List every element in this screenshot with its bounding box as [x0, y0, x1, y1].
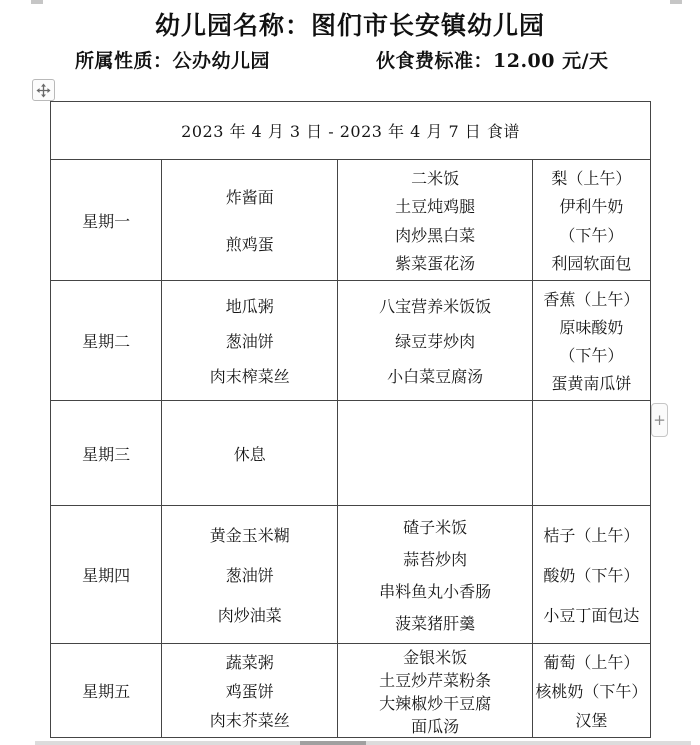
menu-item: （下午） [559, 343, 623, 366]
menu-item: 休息 [234, 442, 266, 465]
menu-item: 桔子（上午） [543, 523, 639, 546]
menu-item: 肉末芥菜丝 [210, 708, 290, 731]
horizontal-scrollbar-thumb[interactable] [300, 741, 366, 745]
menu-item: 土豆炒芹菜粉条 [379, 668, 491, 691]
menu-item: 葱油饼 [226, 329, 274, 352]
menu-item: 核桃奶（下午） [535, 679, 647, 702]
day-label: 星期五 [51, 679, 161, 702]
table-caption: 2023 年 4 月 3 日 - 2023 年 4 月 7 日 食谱 [181, 122, 520, 141]
menu-item: 炸酱面 [226, 185, 274, 208]
day-label: 星期三 [51, 442, 161, 465]
menu-item: 葱油饼 [226, 563, 274, 586]
menu-item: 鸡蛋饼 [226, 679, 274, 702]
day-cell[interactable]: 星期五 [51, 644, 162, 738]
meal-cell[interactable]: 蔬菜粥鸡蛋饼肉末芥菜丝 [162, 644, 338, 738]
menu-item: 蛋黄南瓜饼 [551, 371, 631, 394]
menu-item: 金银米饭 [403, 645, 467, 668]
meal-cell[interactable]: 碴子米饭蒜苔炒肉串料鱼丸小香肠菠菜猪肝羹 [338, 506, 532, 644]
day-label: 星期二 [51, 329, 161, 352]
meal-cell[interactable]: 梨（上午）伊利牛奶（下午）利园软面包 [532, 160, 650, 281]
menu-item: 蔬菜粥 [226, 650, 274, 673]
meal-cell[interactable] [338, 401, 532, 506]
menu-item: 肉末榨菜丝 [210, 364, 290, 387]
menu-item: 二米饭 [411, 166, 459, 189]
expand-button[interactable]: + [651, 403, 668, 437]
menu-table-body: 2023 年 4 月 3 日 - 2023 年 4 月 7 日 食谱 星期一炸酱… [51, 102, 651, 738]
table-row: 星期二地瓜粥葱油饼肉末榨菜丝八宝营养米饭饭绿豆芽炒肉小白菜豆腐汤香蕉（上午）原味… [51, 281, 651, 401]
menu-item: 碴子米饭 [403, 515, 467, 538]
fee-standard-text: 伙食费标准：12.00 元/天 [376, 46, 609, 73]
menu-item: 紫菜蛋花汤 [395, 251, 475, 274]
menu-item: 黄金玉米糊 [210, 523, 290, 546]
menu-item: 串料鱼丸小香肠 [379, 579, 491, 602]
table-row: 星期三休息 [51, 401, 651, 506]
menu-item: 面瓜汤 [411, 714, 459, 737]
menu-item: 酸奶（下午） [543, 563, 639, 586]
menu-item: 原味酸奶 [559, 315, 623, 338]
menu-item: 大辣椒炒干豆腐 [379, 691, 491, 714]
menu-item: 小豆丁面包达 [543, 603, 639, 626]
menu-item: 菠菜猪肝羹 [395, 611, 475, 634]
meal-cell[interactable]: 金银米饭土豆炒芹菜粉条大辣椒炒干豆腐面瓜汤 [338, 644, 532, 738]
meal-cell[interactable]: 黄金玉米糊葱油饼肉炒油菜 [162, 506, 338, 644]
menu-item: 肉炒黑白菜 [395, 223, 475, 246]
menu-item: 土豆炖鸡腿 [395, 194, 475, 217]
page-edge-marker [670, 0, 682, 4]
meal-cell[interactable]: 二米饭土豆炖鸡腿肉炒黑白菜紫菜蛋花汤 [338, 160, 532, 281]
table-caption-cell[interactable]: 2023 年 4 月 3 日 - 2023 年 4 月 7 日 食谱 [51, 102, 651, 160]
meal-cell[interactable]: 香蕉（上午）原味酸奶（下午）蛋黄南瓜饼 [532, 281, 650, 401]
day-label: 星期四 [51, 563, 161, 586]
meal-cell[interactable]: 桔子（上午）酸奶（下午）小豆丁面包达 [532, 506, 650, 644]
page-title: 幼儿园名称：图们市长安镇幼儿园 [0, 6, 700, 42]
day-cell[interactable]: 星期三 [51, 401, 162, 506]
menu-table: 2023 年 4 月 3 日 - 2023 年 4 月 7 日 食谱 星期一炸酱… [50, 101, 651, 738]
table-move-handle[interactable] [32, 79, 55, 101]
day-cell[interactable]: 星期四 [51, 506, 162, 644]
menu-item: 蒜苔炒肉 [403, 547, 467, 570]
menu-item: 伊利牛奶 [559, 194, 623, 217]
four-way-arrow-icon [36, 83, 51, 98]
document-page: { "header": { "title": "幼儿园名称：图们市长安镇幼儿园"… [0, 0, 700, 745]
menu-item: 汉堡 [575, 708, 607, 731]
meal-cell[interactable]: 地瓜粥葱油饼肉末榨菜丝 [162, 281, 338, 401]
menu-item: 煎鸡蛋 [226, 232, 274, 255]
menu-item: 地瓜粥 [226, 294, 274, 317]
meal-cell[interactable]: 八宝营养米饭饭绿豆芽炒肉小白菜豆腐汤 [338, 281, 532, 401]
menu-item: 利园软面包 [551, 251, 631, 274]
table-row: 星期四黄金玉米糊葱油饼肉炒油菜碴子米饭蒜苔炒肉串料鱼丸小香肠菠菜猪肝羹桔子（上午… [51, 506, 651, 644]
menu-item: 香蕉（上午） [543, 287, 639, 310]
menu-item: 八宝营养米饭饭 [379, 294, 491, 317]
ownership-text: 所属性质：公办幼儿园 [75, 46, 270, 73]
menu-item: 葡萄（上午） [543, 650, 639, 673]
menu-item: 绿豆芽炒肉 [395, 329, 475, 352]
meal-cell[interactable]: 休息 [162, 401, 338, 506]
meal-cell[interactable]: 炸酱面煎鸡蛋 [162, 160, 338, 281]
page-edge-marker [31, 0, 43, 4]
table-row: 星期一炸酱面煎鸡蛋二米饭土豆炖鸡腿肉炒黑白菜紫菜蛋花汤梨（上午）伊利牛奶（下午）… [51, 160, 651, 281]
menu-item: 小白菜豆腐汤 [387, 364, 483, 387]
table-row: 星期五蔬菜粥鸡蛋饼肉末芥菜丝金银米饭土豆炒芹菜粉条大辣椒炒干豆腐面瓜汤葡萄（上午… [51, 644, 651, 738]
day-label: 星期一 [51, 209, 161, 232]
menu-item: （下午） [559, 223, 623, 246]
meal-cell[interactable] [532, 401, 650, 506]
meal-cell[interactable]: 葡萄（上午）核桃奶（下午）汉堡 [532, 644, 650, 738]
menu-item: 梨（上午） [551, 166, 631, 189]
menu-item: 肉炒油菜 [218, 603, 282, 626]
day-cell[interactable]: 星期一 [51, 160, 162, 281]
day-cell[interactable]: 星期二 [51, 281, 162, 401]
caption-row: 2023 年 4 月 3 日 - 2023 年 4 月 7 日 食谱 [51, 102, 651, 160]
